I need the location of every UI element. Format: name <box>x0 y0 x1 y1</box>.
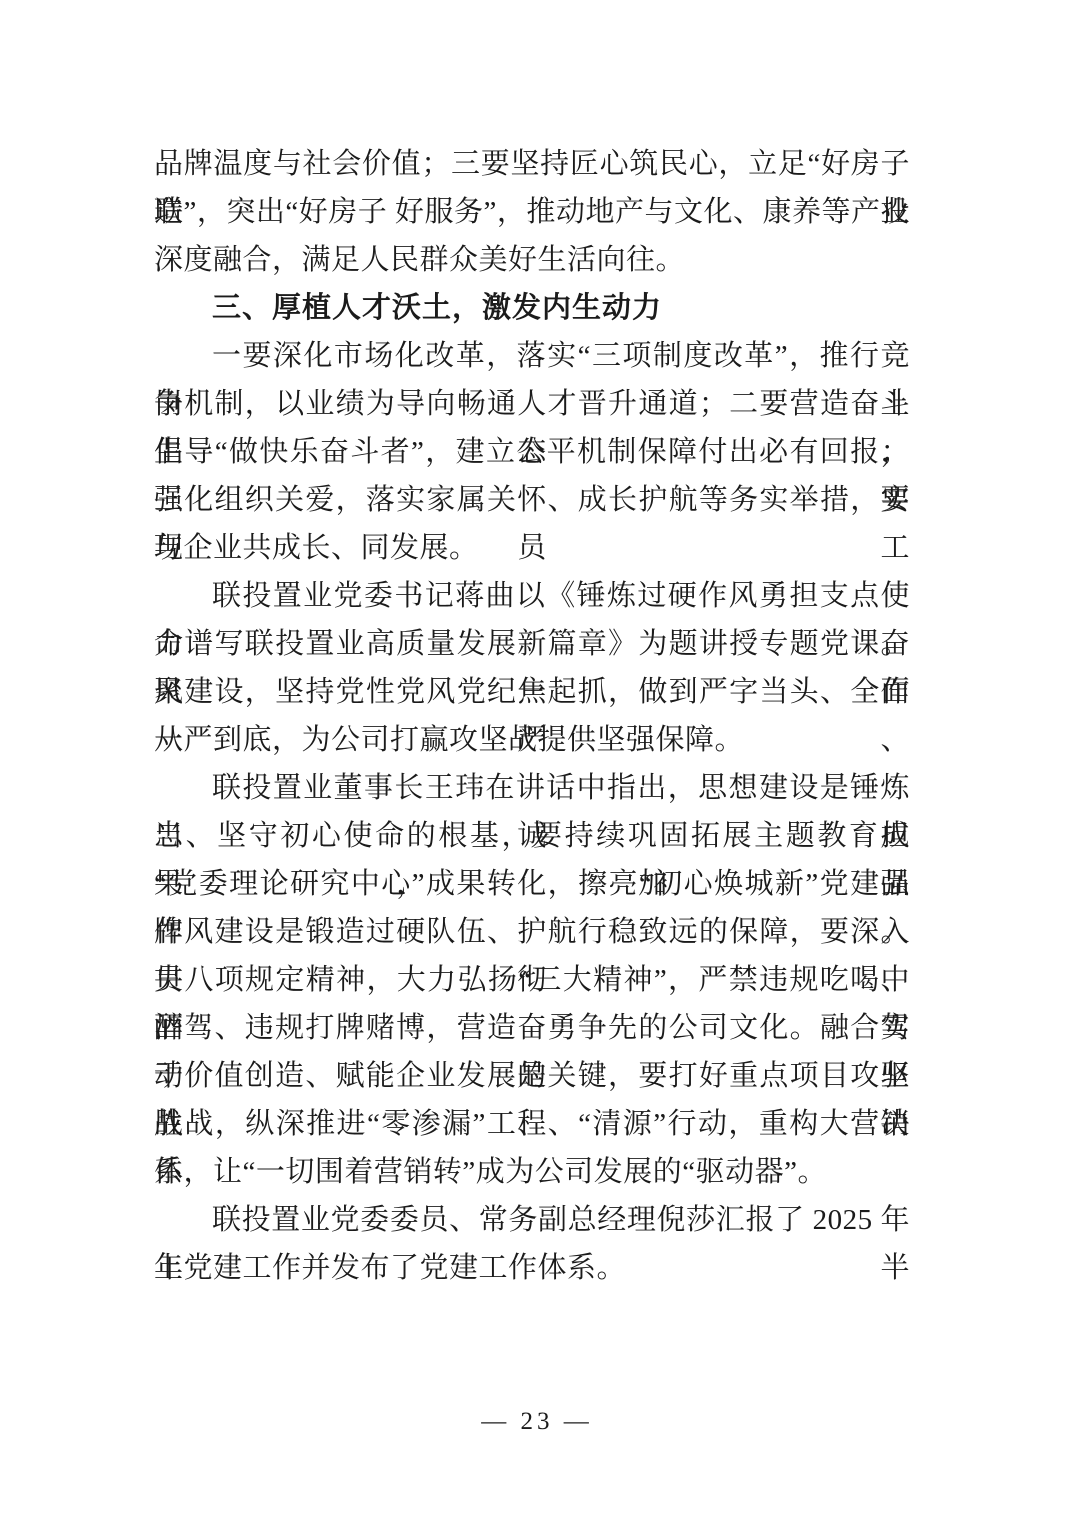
body-line: 倡导“做快乐奋斗者”，建立公平机制保障付出必有回报；三要 <box>154 428 910 476</box>
body-line: 胜战，纵深推进“零渗漏”工程、“清源”行动，重构大营销体 <box>154 1100 910 1148</box>
body-line: 联投置业董事长王玮在讲话中指出，思想建设是锤炼忠诚担 <box>154 764 910 812</box>
body-line: 联投置业党委书记蒋曲以《锤炼过硬作风勇担支点使命 奋 <box>154 572 910 620</box>
body-line: 深度融合，满足人民群众美好生活向往。 <box>154 236 910 284</box>
body-line: “党委理论研究中心”成果转化，擦亮“初心焕城新”党建品牌。 <box>154 860 910 908</box>
body-line: 动价值创造、赋能企业发展的关键，要打好重点项目攻坚战、决 <box>154 1052 910 1100</box>
body-line: 力谱写联投置业高质量发展新篇章》为题讲授专题党课。聚焦作 <box>154 620 910 668</box>
body-line: 联投置业党委委员、常务副总经理倪莎汇报了 2025 年上半 <box>154 1196 910 1244</box>
body-line: 风建设，坚持党性党风党纪一起抓，做到严字当头、全面从严、 <box>154 668 910 716</box>
document-page: 品牌温度与社会价值；三要坚持匠心筑民心，立足“好房子联投 造”，突出“好房子 好… <box>0 0 1074 1520</box>
body-line: 一要深化市场化改革，落实“三项制度改革”，推行竞争上 <box>154 332 910 380</box>
body-line: 作风建设是锻造过硬队伍、护航行稳致远的保障，要深入贯彻中 <box>154 908 910 956</box>
body-line: 央八项规定精神，大力弘扬“三大精神”，严禁违规吃喝、酒驾 <box>154 956 910 1004</box>
body-line: 品牌温度与社会价值；三要坚持匠心筑民心，立足“好房子联投 <box>154 140 910 188</box>
body-line: 醉驾、违规打牌赌博，营造奋勇争先的公司文化。融合实干是驱 <box>154 1004 910 1052</box>
section-heading: 三、厚植人才沃土，激发内生动力 <box>154 284 910 332</box>
body-line: 造”，突出“好房子 好服务”，推动地产与文化、康养等产业 <box>154 188 910 236</box>
page-number: — 23 — <box>0 1402 1074 1442</box>
body-line: 强化组织关爱，落实家属关怀、成长护航等务实举措，实现员工 <box>154 476 910 524</box>
document-body: 品牌温度与社会价值；三要坚持匠心筑民心，立足“好房子联投 造”，突出“好房子 好… <box>154 140 910 1292</box>
body-line: 系，让“一切围着营销转”成为公司发展的“驱动器”。 <box>154 1148 910 1196</box>
body-line: 岗机制，以业绩为导向畅通人才晋升通道；二要营造奋斗生态， <box>154 380 910 428</box>
body-line: 当、坚守初心使命的根基，要持续巩固拓展主题教育成果，加强 <box>154 812 910 860</box>
